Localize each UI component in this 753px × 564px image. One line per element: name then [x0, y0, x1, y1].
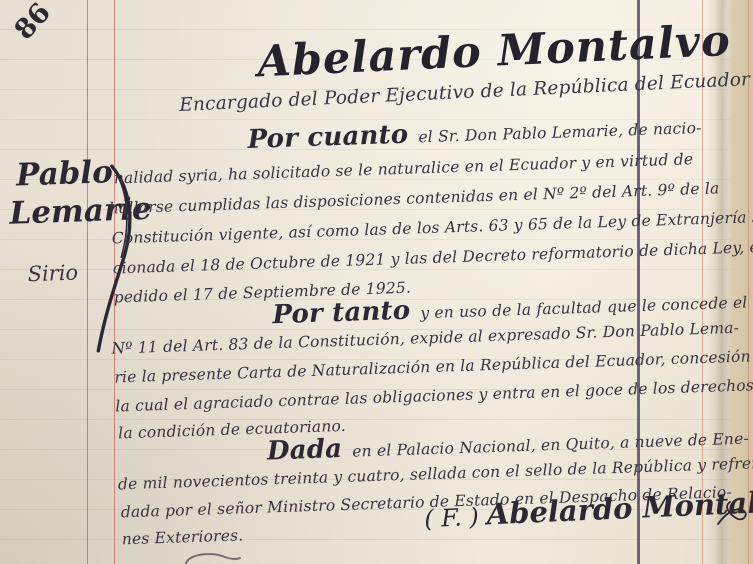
document-body: Por cuantoel Sr. Don Pablo Lemarie, de n… [0, 0, 743, 13]
next-entry-partial-glyph [182, 552, 242, 564]
signature-prefix: ( F. ) [424, 503, 480, 533]
para1-lead: Por cuanto [247, 120, 409, 155]
para2-line1-text: y en uso de la facultad que le concede e… [420, 293, 748, 322]
left-margin-line-outer [87, 0, 88, 564]
para1-line2: nalidad syria, ha solicitado se le natur… [114, 150, 694, 187]
margin-nationality: Sirio [27, 260, 78, 286]
para1-line1-text: el Sr. Don Pablo Lemarie, de nacio- [418, 119, 702, 146]
folio-number: 86 [9, 0, 57, 46]
ledger-page-photo: 86 Abelardo Montalvo Encargado del Poder… [0, 0, 753, 564]
para3-lead: Dada [266, 434, 342, 466]
signature-flourish [716, 500, 748, 530]
para1-line1: Por cuantoel Sr. Don Pablo Lemarie, de n… [247, 110, 702, 155]
para2-lead: Por tanto [272, 296, 411, 331]
para3-line4: nes Exteriores. [121, 526, 243, 548]
